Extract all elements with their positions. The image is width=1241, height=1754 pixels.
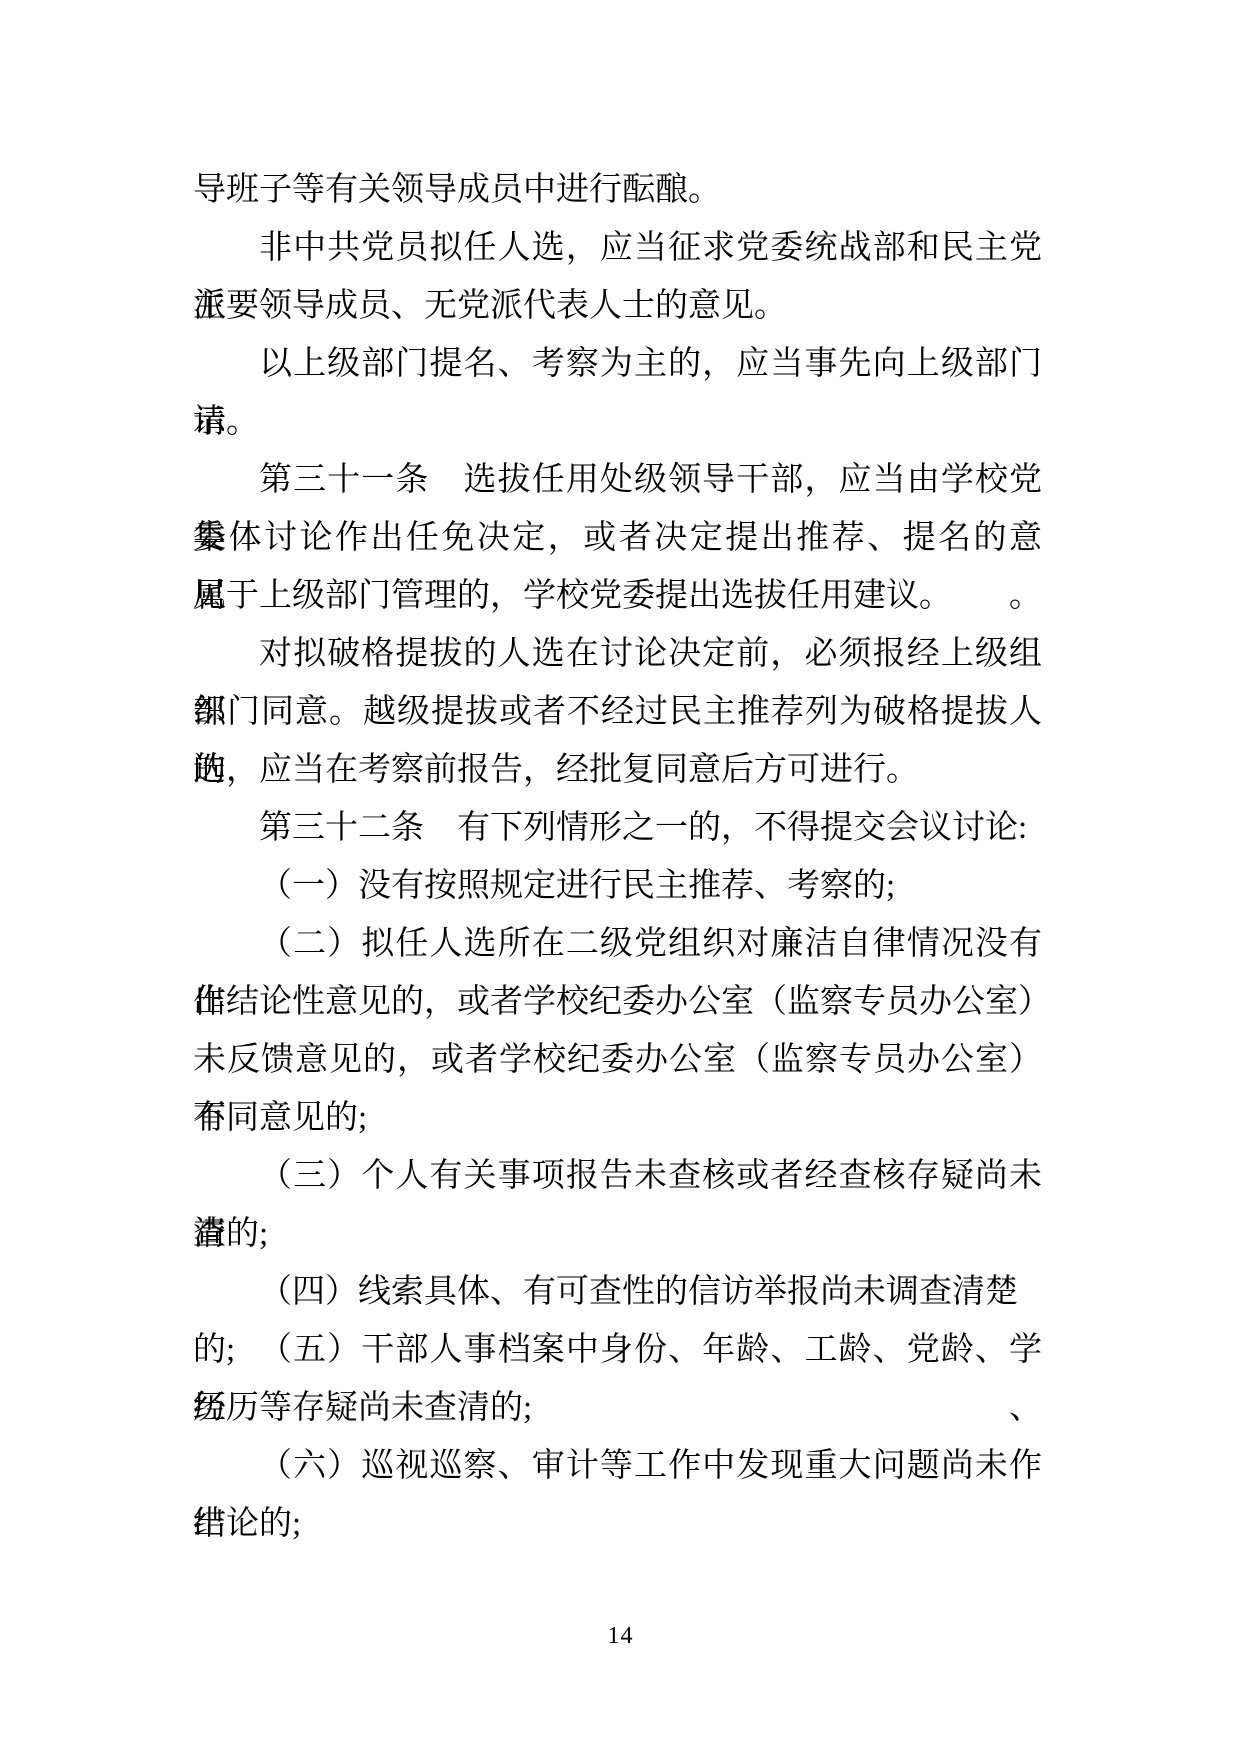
text-line: 结论的; <box>193 1495 1042 1553</box>
document-body: 导班子等有关领导成员中进行酝酿。非中共党员拟任人选，应当征求党委统战部和民主党派… <box>193 161 1042 1553</box>
text-line: 集体讨论作出任免决定，或者决定提出推荐、提名的意见。 <box>193 509 1042 567</box>
text-line: 第三十一条 选拔任用处级领导干部，应当由学校党委 <box>193 451 1042 509</box>
text-line: （六）巡视巡察、审计等工作中发现重大问题尚未作出 <box>193 1437 1042 1495</box>
document-page: 导班子等有关领导成员中进行酝酿。非中共党员拟任人选，应当征求党委统战部和民主党派… <box>0 0 1241 1754</box>
text-line: 导班子等有关领导成员中进行酝酿。 <box>193 161 1042 219</box>
text-line: （三）个人有关事项报告未查核或者经查核存疑尚未查 <box>193 1147 1042 1205</box>
text-line: 以上级部门提名、考察为主的，应当事先向上级部门请 <box>193 335 1042 393</box>
text-line: 的，应当在考察前报告，经批复同意后方可进行。 <box>193 741 1042 799</box>
page-number: 14 <box>608 1623 634 1649</box>
text-line: 对拟破格提拔的人选在讨论决定前，必须报经上级组织 <box>193 625 1042 683</box>
text-line: 未反馈意见的，或者学校纪委办公室（监察专员办公室）有 <box>193 1031 1042 1089</box>
text-line: （五）干部人事档案中身份、年龄、工龄、党龄、学历、 <box>193 1321 1042 1379</box>
text-line: （一）没有按照规定进行民主推荐、考察的; <box>193 857 1042 915</box>
page-footer: 14 <box>0 1618 1241 1654</box>
text-line: 不同意见的; <box>193 1089 1042 1147</box>
text-line: 部门同意。越级提拔或者不经过民主推荐列为破格提拔人选 <box>193 683 1042 741</box>
text-line: 属于上级部门管理的，学校党委提出选拔任用建议。 <box>193 567 1042 625</box>
text-line: 出结论性意见的，或者学校纪委办公室（监察专员办公室） <box>193 973 1042 1031</box>
text-line: 主要领导成员、无党派代表人士的意见。 <box>193 277 1042 335</box>
text-line: 示。 <box>193 393 1042 451</box>
text-line: 清的; <box>193 1205 1042 1263</box>
text-line: 非中共党员拟任人选，应当征求党委统战部和民主党派 <box>193 219 1042 277</box>
text-line: 第三十二条 有下列情形之一的，不得提交会议讨论: <box>193 799 1042 857</box>
text-line: （四）线索具体、有可查性的信访举报尚未调查清楚的; <box>193 1263 1042 1321</box>
text-line: （二）拟任人选所在二级党组织对廉洁自律情况没有作 <box>193 915 1042 973</box>
